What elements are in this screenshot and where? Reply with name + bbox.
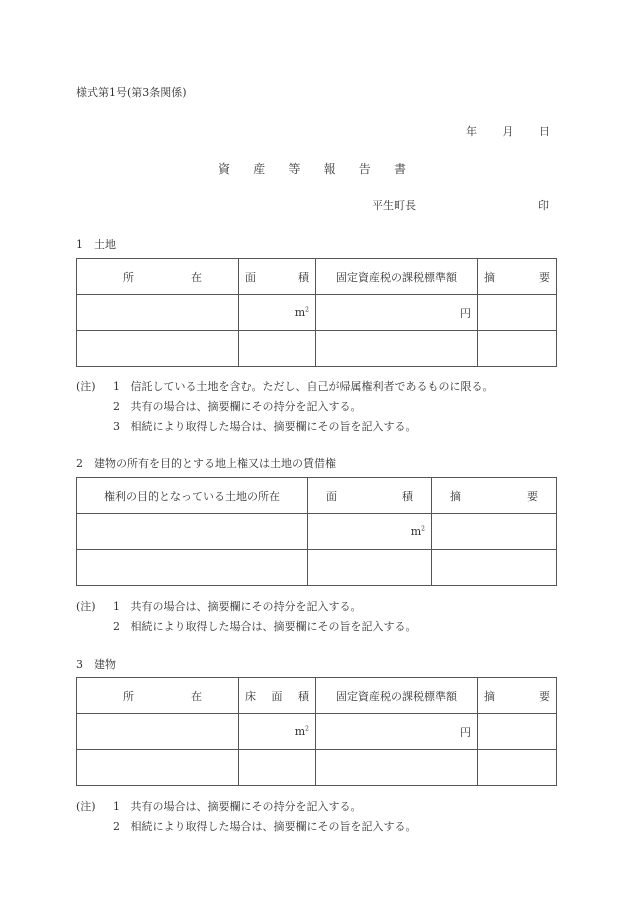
area-cell[interactable] <box>239 331 316 367</box>
notes-label: (注) <box>76 798 96 814</box>
tax-base-cell[interactable]: 円 <box>316 714 478 750</box>
note-item: 2 相続により取得した場合は、摘要欄にその旨を記入する。 <box>113 618 417 634</box>
tax-base-cell[interactable] <box>316 750 478 786</box>
date-day: 日 <box>539 123 550 139</box>
header-remarks: 摘要 <box>432 478 557 514</box>
area-cell[interactable]: m2 <box>239 295 316 331</box>
section-2-heading: 2 建物の所有を目的とする地上権又は土地の賃借権 <box>76 455 336 471</box>
table-row: m2 円 <box>77 295 557 331</box>
note-item: 1 共有の場合は、摘要欄にその持分を記入する。 <box>113 798 362 814</box>
table-header-row: 所在 面積 固定資産税の課税標準額 摘要 <box>77 259 557 295</box>
land-location-cell[interactable] <box>77 514 308 550</box>
building-table: 所在 床面積 固定資産税の課税標準額 摘要 m2 円 <box>76 677 557 786</box>
note-item: 3 相続により取得した場合は、摘要欄にその旨を記入する。 <box>113 418 417 434</box>
seal-mark: 印 <box>538 197 549 213</box>
section-1-heading: 1 土地 <box>76 236 116 252</box>
land-table: 所在 面積 固定資産税の課税標準額 摘要 m2 円 <box>76 258 557 367</box>
header-location: 所在 <box>77 678 239 714</box>
table-row <box>77 750 557 786</box>
note-item: 1 信託している土地を含む。ただし、自己が帰属権利者であるものに限る。 <box>113 378 494 394</box>
form-label: 様式第1号(第3条関係) <box>76 84 187 100</box>
remarks-cell[interactable] <box>478 750 557 786</box>
header-land-location: 権利の目的となっている土地の所在 <box>77 478 308 514</box>
area-cell[interactable]: m2 <box>308 514 432 550</box>
table-header-row: 権利の目的となっている土地の所在 面積 摘要 <box>77 478 557 514</box>
note-item: 2 相続により取得した場合は、摘要欄にその旨を記入する。 <box>113 818 417 834</box>
remarks-cell[interactable] <box>478 331 557 367</box>
remarks-cell[interactable] <box>432 514 557 550</box>
header-remarks: 摘要 <box>478 678 557 714</box>
tax-base-cell[interactable] <box>316 331 478 367</box>
header-area: 面積 <box>239 259 316 295</box>
location-cell[interactable] <box>77 331 239 367</box>
section-3-heading: 3 建物 <box>76 656 116 672</box>
location-cell[interactable] <box>77 714 239 750</box>
date-line: 年 月 日 <box>466 123 550 139</box>
header-floor-area: 床面積 <box>239 678 316 714</box>
addressee: 平生町長 <box>372 197 416 213</box>
header-remarks: 摘要 <box>478 259 557 295</box>
header-tax-base: 固定資産税の課税標準額 <box>316 678 478 714</box>
table-header-row: 所在 床面積 固定資産税の課税標準額 摘要 <box>77 678 557 714</box>
header-area: 面積 <box>308 478 432 514</box>
date-year: 年 <box>466 123 477 139</box>
land-location-cell[interactable] <box>77 550 308 586</box>
date-month: 月 <box>503 123 514 139</box>
table-row: m2 円 <box>77 714 557 750</box>
remarks-cell[interactable] <box>432 550 557 586</box>
header-tax-base: 固定資産税の課税標準額 <box>316 259 478 295</box>
area-cell[interactable] <box>308 550 432 586</box>
document-title: 資 産 等 報 告 書 <box>218 160 406 177</box>
table-row <box>77 331 557 367</box>
header-location: 所在 <box>77 259 239 295</box>
tax-base-cell[interactable]: 円 <box>316 295 478 331</box>
note-item: 2 共有の場合は、摘要欄にその持分を記入する。 <box>113 398 362 414</box>
notes-label: (注) <box>76 378 96 394</box>
table-row: m2 <box>77 514 557 550</box>
location-cell[interactable] <box>77 295 239 331</box>
remarks-cell[interactable] <box>478 295 557 331</box>
remarks-cell[interactable] <box>478 714 557 750</box>
note-item: 1 共有の場合は、摘要欄にその持分を記入する。 <box>113 598 362 614</box>
floor-area-cell[interactable]: m2 <box>239 714 316 750</box>
floor-area-cell[interactable] <box>239 750 316 786</box>
notes-label: (注) <box>76 598 96 614</box>
location-cell[interactable] <box>77 750 239 786</box>
leasehold-table: 権利の目的となっている土地の所在 面積 摘要 m2 <box>76 477 557 586</box>
table-row <box>77 550 557 586</box>
